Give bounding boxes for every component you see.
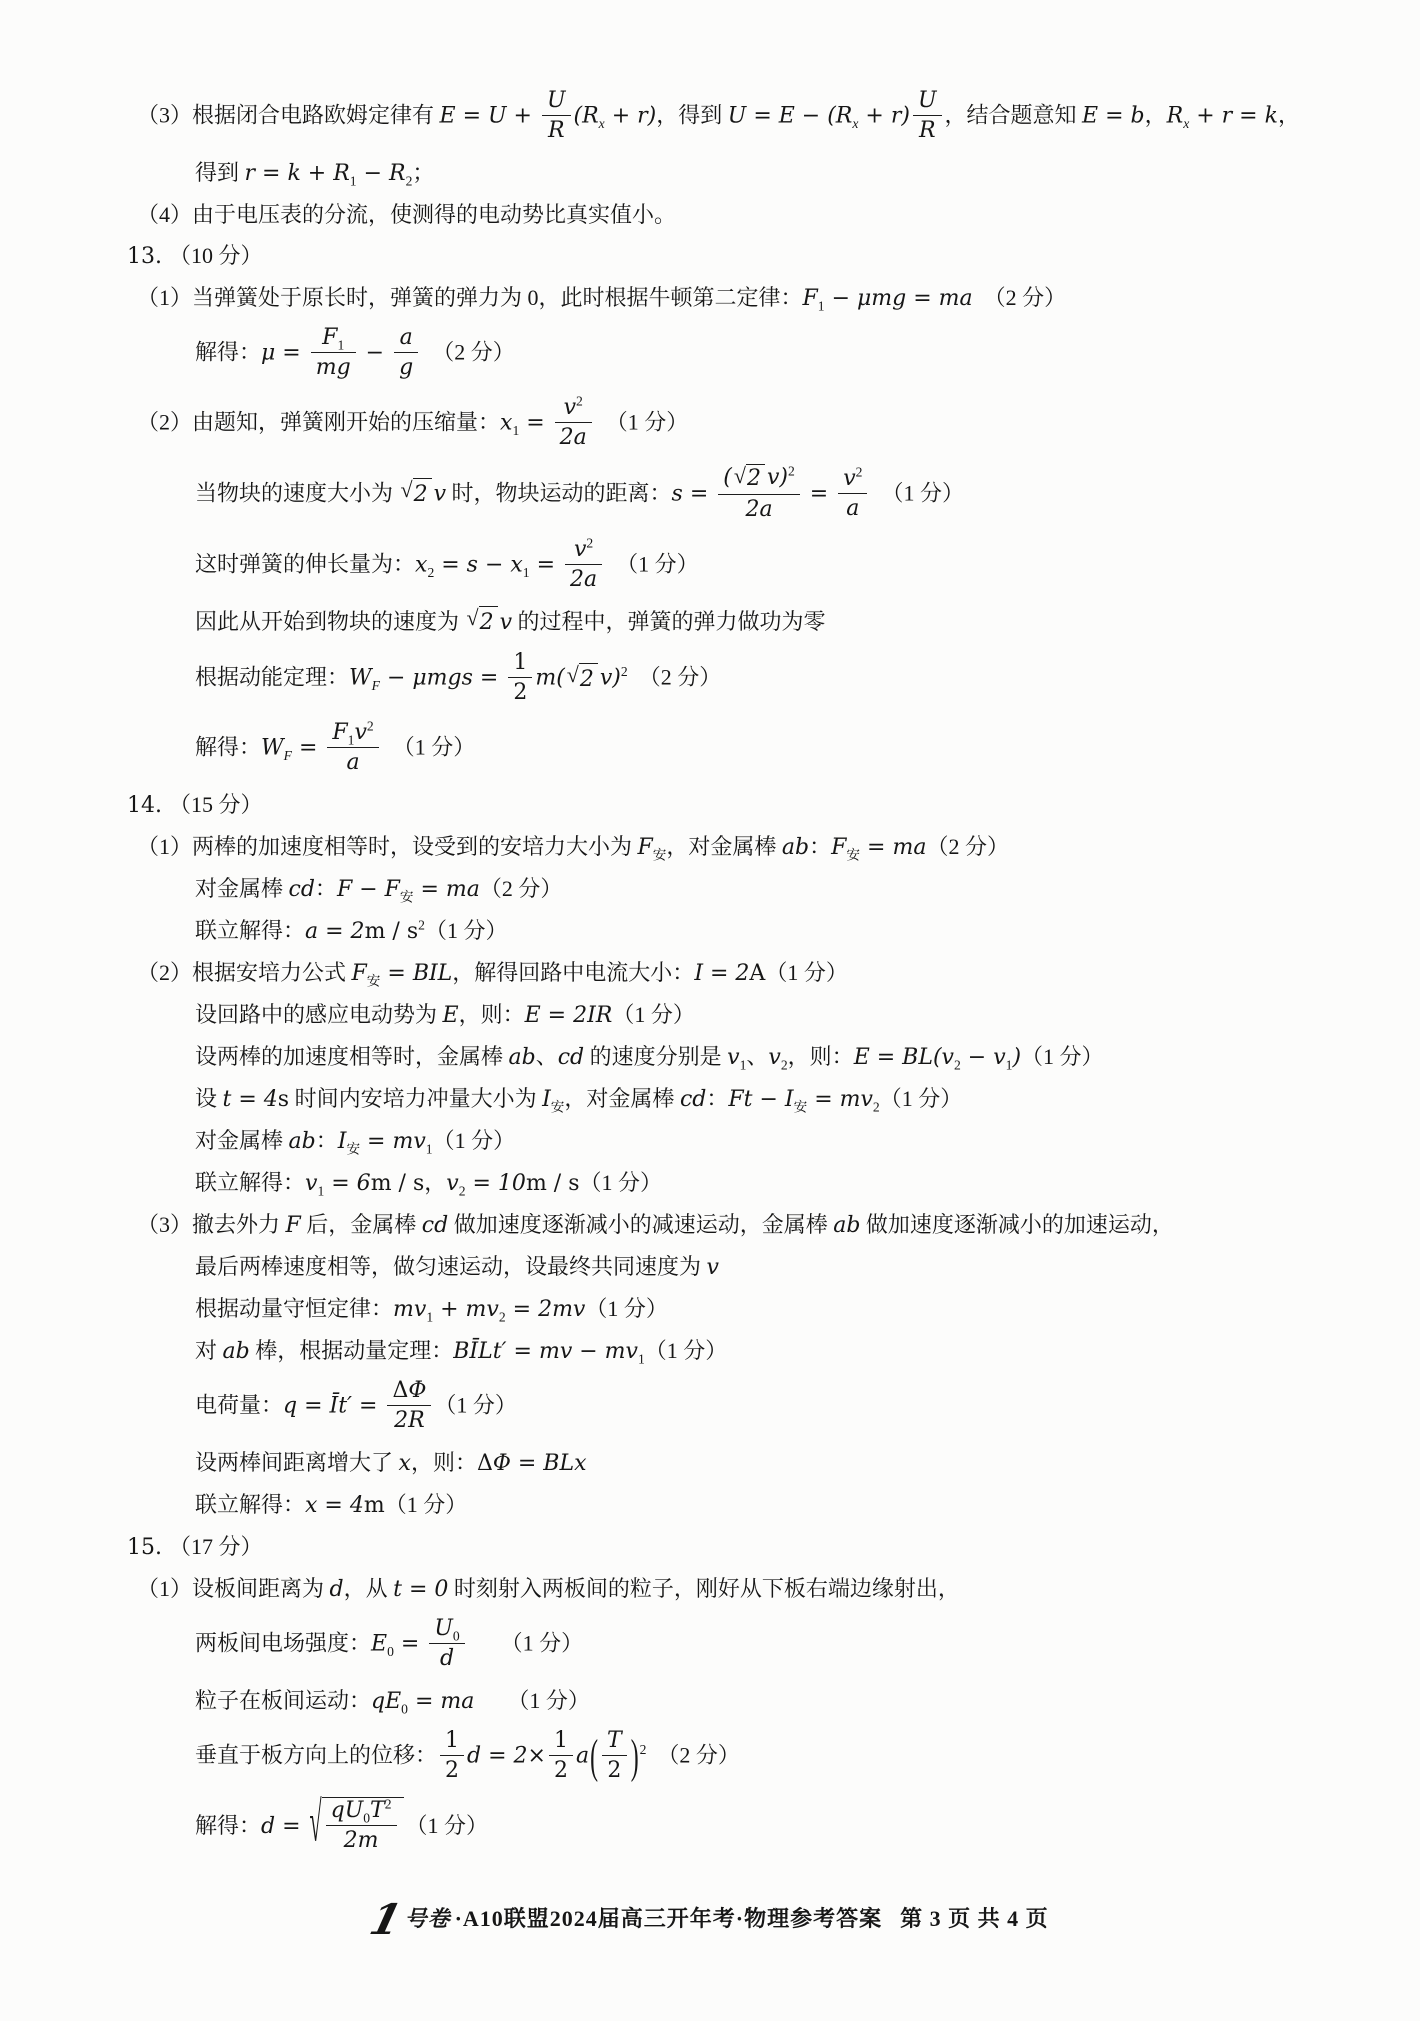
page-footer: 1号卷·A10联盟2024届高三开年考·物理参考答案第 3 页 共 4 页 [0, 1902, 1420, 1933]
fraction: (√2v)22a [718, 463, 800, 524]
q14-part3-momentum: 根据动量守恒定律：mv1 + mv2 = 2mv（1 分） [127, 1294, 1392, 1325]
big-parenthesis: ( [590, 1728, 598, 1788]
q14-part3-theorem: 对 ab 棒，根据动量定理：BĪLt′ = mv − mv1（1 分） [127, 1336, 1392, 1367]
q14-part3-description: （3）撤去外力 F 后，金属棒 cd 做加速度逐渐减小的减速运动，金属棒 ab … [127, 1210, 1392, 1241]
big-parenthesis: ) [631, 1728, 639, 1788]
radical-sign: √ [310, 1792, 322, 1851]
fraction: T2 [602, 1726, 627, 1785]
q14-part2-emf: 设回路中的感应电动势为 E，则：E = 2IR（1 分） [127, 1000, 1392, 1031]
square-root: √2 [734, 464, 765, 492]
radical-sign: √ [401, 478, 413, 501]
exam-brand-logo: 1号卷 [371, 1906, 454, 1931]
q13-part2-distance: 当物块的速度大小为 √2v 时，物块运动的距离：s = (√2v)22a = v… [127, 465, 1392, 526]
q14-part2-impulse-ab: 对金属棒 ab：I安 = mv1（1 分） [127, 1126, 1392, 1157]
q12-part3-result: 得到 r = k + R1 − R2； [127, 158, 1392, 189]
q14-part3-solve: 联立解得：x = 4m（1 分） [127, 1490, 1392, 1521]
q12-part4: （4）由于电压表的分流，使测得的电动势比真实值小。 [127, 200, 1392, 230]
q14-part1-solve: 联立解得：a = 2m / s2（1 分） [127, 916, 1392, 947]
radical-sign: √ [567, 663, 579, 686]
q13-part2-compression: （2）由题知，弹簧刚开始的压缩量：x1 = v22a （1 分） [127, 395, 1392, 454]
q14-header: 14. （15 分） [127, 790, 1392, 821]
fraction: v2a [838, 464, 867, 523]
q13-header: 13. （10 分） [127, 241, 1392, 272]
radical-sign: √ [734, 464, 746, 487]
q14-part3-flux: 设两棒间距离增大了 x，则：ΔΦ = BLx [127, 1448, 1392, 1479]
radical-sign: √ [467, 606, 479, 629]
q15-part1-setup: （1）设板间距离为 d，从 t = 0 时刻射入两板间的粒子，刚好从下板右端边缘… [127, 1574, 1392, 1605]
q14-part1-cd: 对金属棒 cd：F − F安 = ma（2 分） [127, 874, 1392, 905]
answers-document: （3）根据闭合电路欧姆定律有 E = U + UR(Rx + r)，得到 U =… [0, 0, 1420, 1858]
brand-name: 号卷 [405, 1906, 451, 1931]
square-root: √2 [401, 478, 432, 510]
fraction: UR [913, 86, 942, 145]
q15-part1-field: 两板间电场强度：E0 = U0d （1 分） [127, 1616, 1392, 1675]
q15-header: 15. （17 分） [127, 1532, 1392, 1563]
fraction: U0d [429, 1614, 464, 1673]
fraction: v22a [565, 535, 602, 594]
fraction: qU0T22m [326, 1796, 397, 1855]
q13-part2-solve: 解得：WF = F1v2a （1 分） [127, 720, 1392, 779]
q13-part2-note: 因此从开始到物块的速度为 √2v 的过程中，弹簧的弹力做功为零 [127, 607, 1392, 640]
fraction: F1mg [311, 323, 356, 382]
q13-part2-energy-theorem: 根据动能定理：WF − μmgs = 12m(√2v)2 （2 分） [127, 650, 1392, 709]
q14-part2-speeds: 设两棒的加速度相等时，金属棒 ab、cd 的速度分别是 v1、v2，则：E = … [127, 1042, 1392, 1073]
square-root: √qU0T22m [310, 1797, 404, 1857]
q13-part1-solve: 解得：μ = F1mg − ag （2 分） [127, 325, 1392, 384]
footer-page-info: 第 3 页 共 4 页 [900, 1906, 1049, 1931]
square-root: √2 [567, 663, 598, 695]
q13-part2-extension: 这时弹簧的伸长量为：x2 = s − x1 = v22a （1 分） [127, 537, 1392, 596]
q12-part3: （3）根据闭合电路欧姆定律有 E = U + UR(Rx + r)，得到 U =… [127, 88, 1392, 147]
fraction: 12 [508, 648, 532, 707]
fraction: 12 [440, 1726, 464, 1785]
q15-part1-solve: 解得：d = √qU0T22m（1 分） [127, 1798, 1392, 1858]
fraction: ag [394, 323, 418, 382]
q14-part1-ab: （1）两棒的加速度相等时，设受到的安培力大小为 F安，对金属棒 ab：F安 = … [127, 832, 1392, 863]
q14-part2-current: （2）根据安培力公式 F安 = BIL，解得回路中电流大小：I = 2A（1 分… [127, 958, 1392, 989]
square-root: √2 [467, 606, 498, 638]
q15-part1-motion: 粒子在板间运动：qE0 = ma （1 分） [127, 1686, 1392, 1717]
fraction: 12 [549, 1726, 573, 1785]
q14-part2-impulse-cd: 设 t = 4s 时间内安培力冲量大小为 I安，对金属棒 cd：Ft − I安 … [127, 1084, 1392, 1115]
fraction: v22a [555, 393, 592, 452]
footer-title: ·A10联盟2024届高三开年考·物理参考答案 [455, 1906, 883, 1931]
fraction: ΔΦ2R [387, 1376, 431, 1435]
q15-part1-displacement: 垂直于板方向上的位移：12d = 2×12a(T2)2 （2 分） [127, 1728, 1392, 1787]
q14-part2-solve: 联立解得：v1 = 6m / s，v2 = 10m / s（1 分） [127, 1168, 1392, 1199]
fraction: UR [542, 86, 571, 145]
q14-part3-description-cont: 最后两棒速度相等，做匀速运动，设最终共同速度为 v [127, 1252, 1392, 1283]
fraction: F1v2a [327, 718, 378, 777]
q14-part3-charge: 电荷量：q = Īt′ = ΔΦ2R（1 分） [127, 1378, 1392, 1437]
q13-part1: （1）当弹簧处于原长时，弹簧的弹力为 0，此时根据牛顿第二定律：F1 − μmg… [127, 283, 1392, 314]
